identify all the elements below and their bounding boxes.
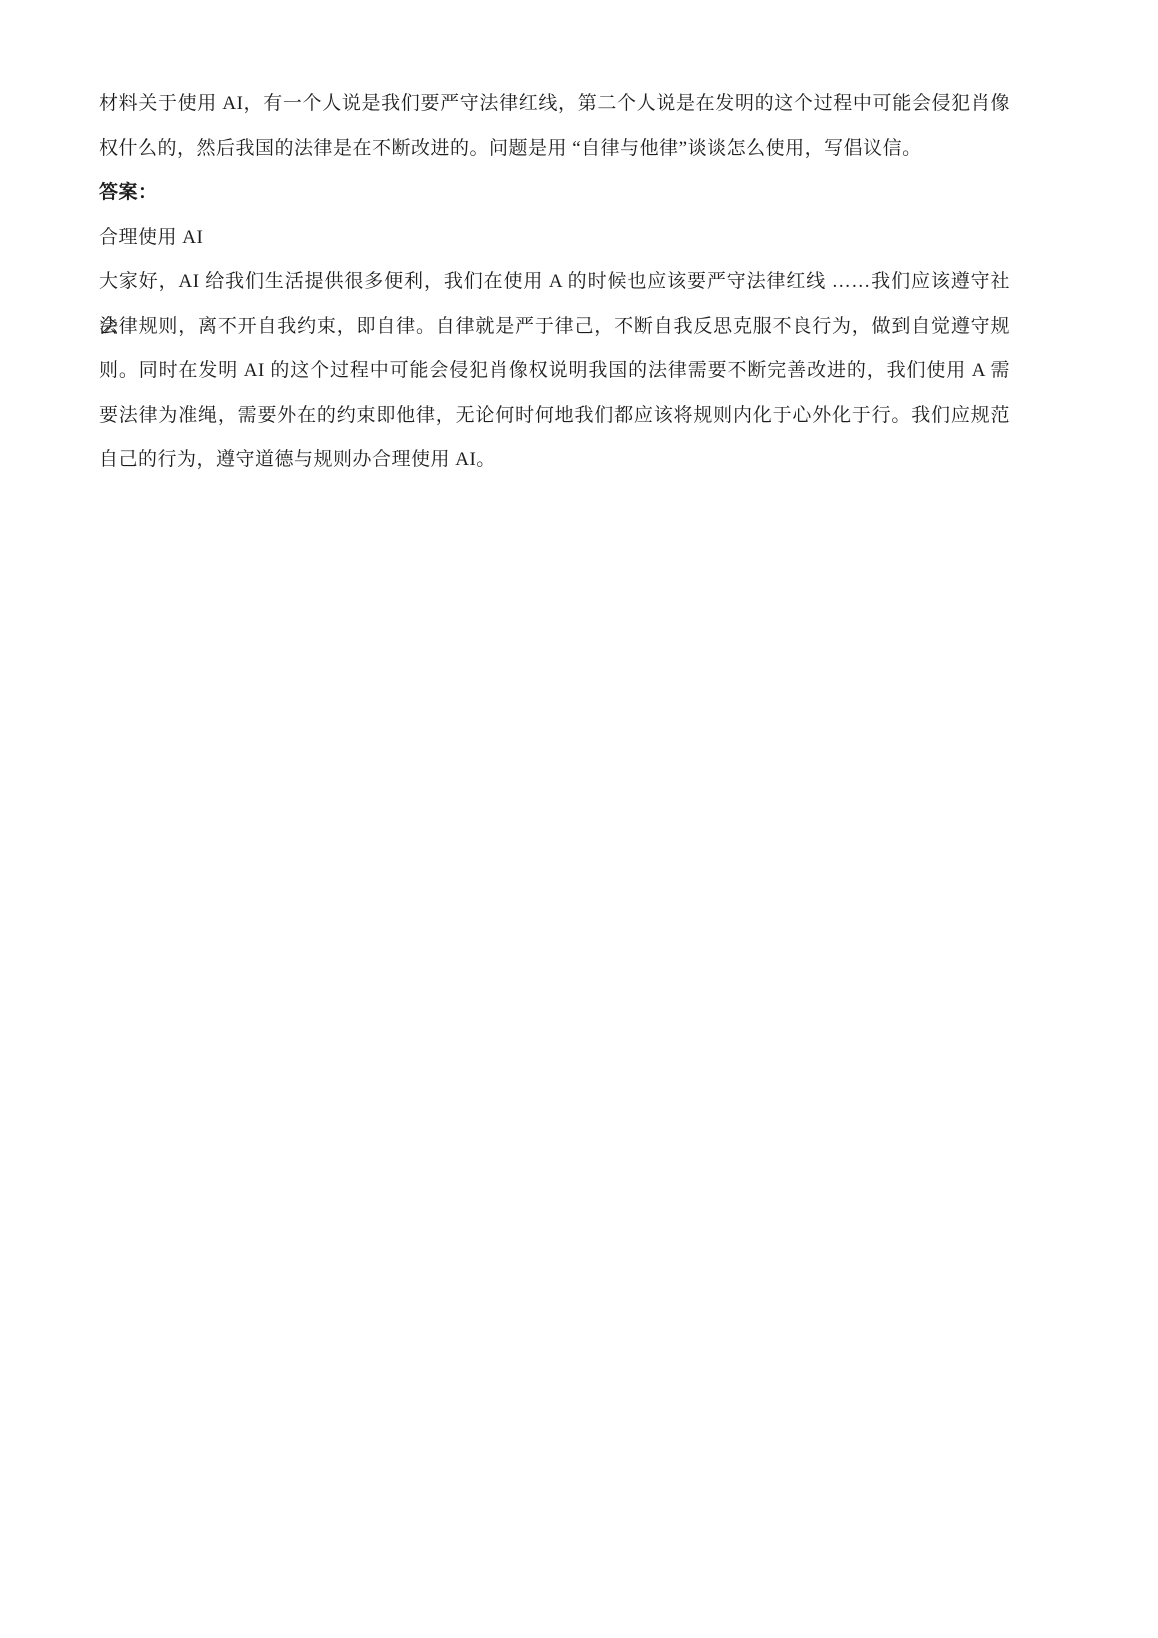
answer-body-line-2: 法律规则，离不开自我约束，即自律。自律就是严于律己，不断自我反思克服不良行为，做… [99, 305, 1010, 350]
answer-body-line-3: 则。同时在发明 AI 的这个过程中可能会侵犯肖像权说明我国的法律需要不断完善改进… [99, 349, 1010, 394]
document-page: 材料关于使用 AI，有一个人说是我们要严守法律红线，第二个人说是在发明的这个过程… [0, 0, 1158, 1638]
answer-body-line-5: 自己的行为，遵守道德与规则办合理使用 AI。 [99, 438, 1010, 483]
answer-label: 答案： [99, 171, 1010, 216]
question-line-1: 材料关于使用 AI，有一个人说是我们要严守法律红线，第二个人说是在发明的这个过程… [99, 82, 1010, 127]
answer-body-line-4: 要法律为准绳，需要外在的约束即他律，无论何时何地我们都应该将规则内化于心外化于行… [99, 394, 1010, 439]
answer-title: 合理使用 AI [99, 216, 1010, 261]
answer-body-line-1: 大家好，AI 给我们生活提供很多便利，我们在使用 A 的时候也应该要严守法律红线… [99, 260, 1010, 305]
document-content: 材料关于使用 AI，有一个人说是我们要严守法律红线，第二个人说是在发明的这个过程… [99, 82, 1010, 483]
question-line-2: 权什么的，然后我国的法律是在不断改进的。问题是用 “自律与他律”谈谈怎么使用，写… [99, 127, 1010, 172]
